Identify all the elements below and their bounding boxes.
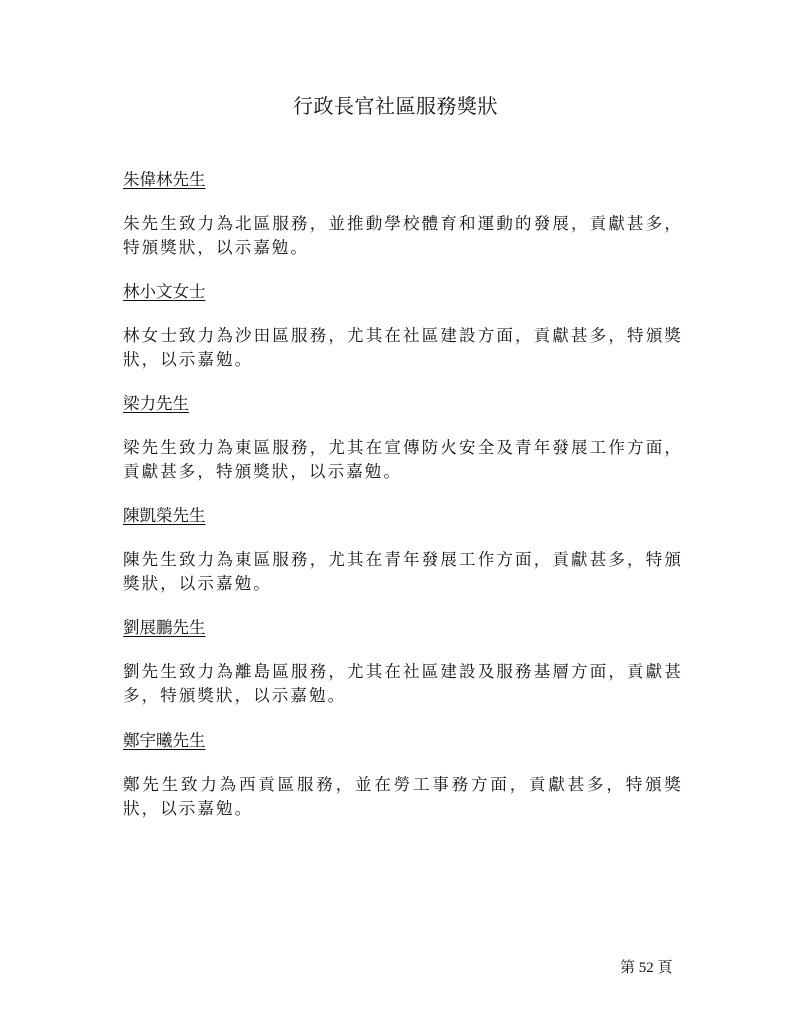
awardee-name: 林小文女士 bbox=[123, 282, 206, 302]
awardee-name: 鄭宇曦先生 bbox=[123, 731, 206, 751]
awardee-name: 朱偉林先生 bbox=[123, 170, 206, 190]
page-number: 第 52 頁 bbox=[620, 958, 673, 978]
award-description: 梁先生致力為東區服務，尤其在宣傳防火安全及青年發展工作方面，貢獻甚多，特頒獎狀，… bbox=[123, 436, 683, 484]
document-page: 行政長官社區服務獎狀 朱偉林先生 朱先生致力為北區服務，並推動學校體育和運動的發… bbox=[0, 0, 791, 1024]
award-description: 朱先生致力為北區服務，並推動學校體育和運動的發展，貢獻甚多，特頒獎狀，以示嘉勉。 bbox=[123, 212, 683, 260]
page-title: 行政長官社區服務獎狀 bbox=[0, 93, 791, 119]
award-description: 劉先生致力為離島區服務，尤其在社區建設及服務基層方面，貢獻甚多，特頒獎狀，以示嘉… bbox=[123, 660, 683, 708]
awardee-name: 陳凱榮先生 bbox=[123, 506, 206, 526]
award-description: 陳先生致力為東區服務，尤其在青年發展工作方面，貢獻甚多，特頒獎狀，以示嘉勉。 bbox=[123, 548, 683, 596]
awardee-name: 梁力先生 bbox=[123, 394, 189, 414]
award-description: 林女士致力為沙田區服務，尤其在社區建設方面，貢獻甚多，特頒獎狀，以示嘉勉。 bbox=[123, 324, 683, 372]
awardee-name: 劉展鵬先生 bbox=[123, 618, 206, 638]
award-description: 鄭先生致力為西貢區服務，並在勞工事務方面，貢獻甚多，特頒獎狀，以示嘉勉。 bbox=[123, 773, 683, 821]
